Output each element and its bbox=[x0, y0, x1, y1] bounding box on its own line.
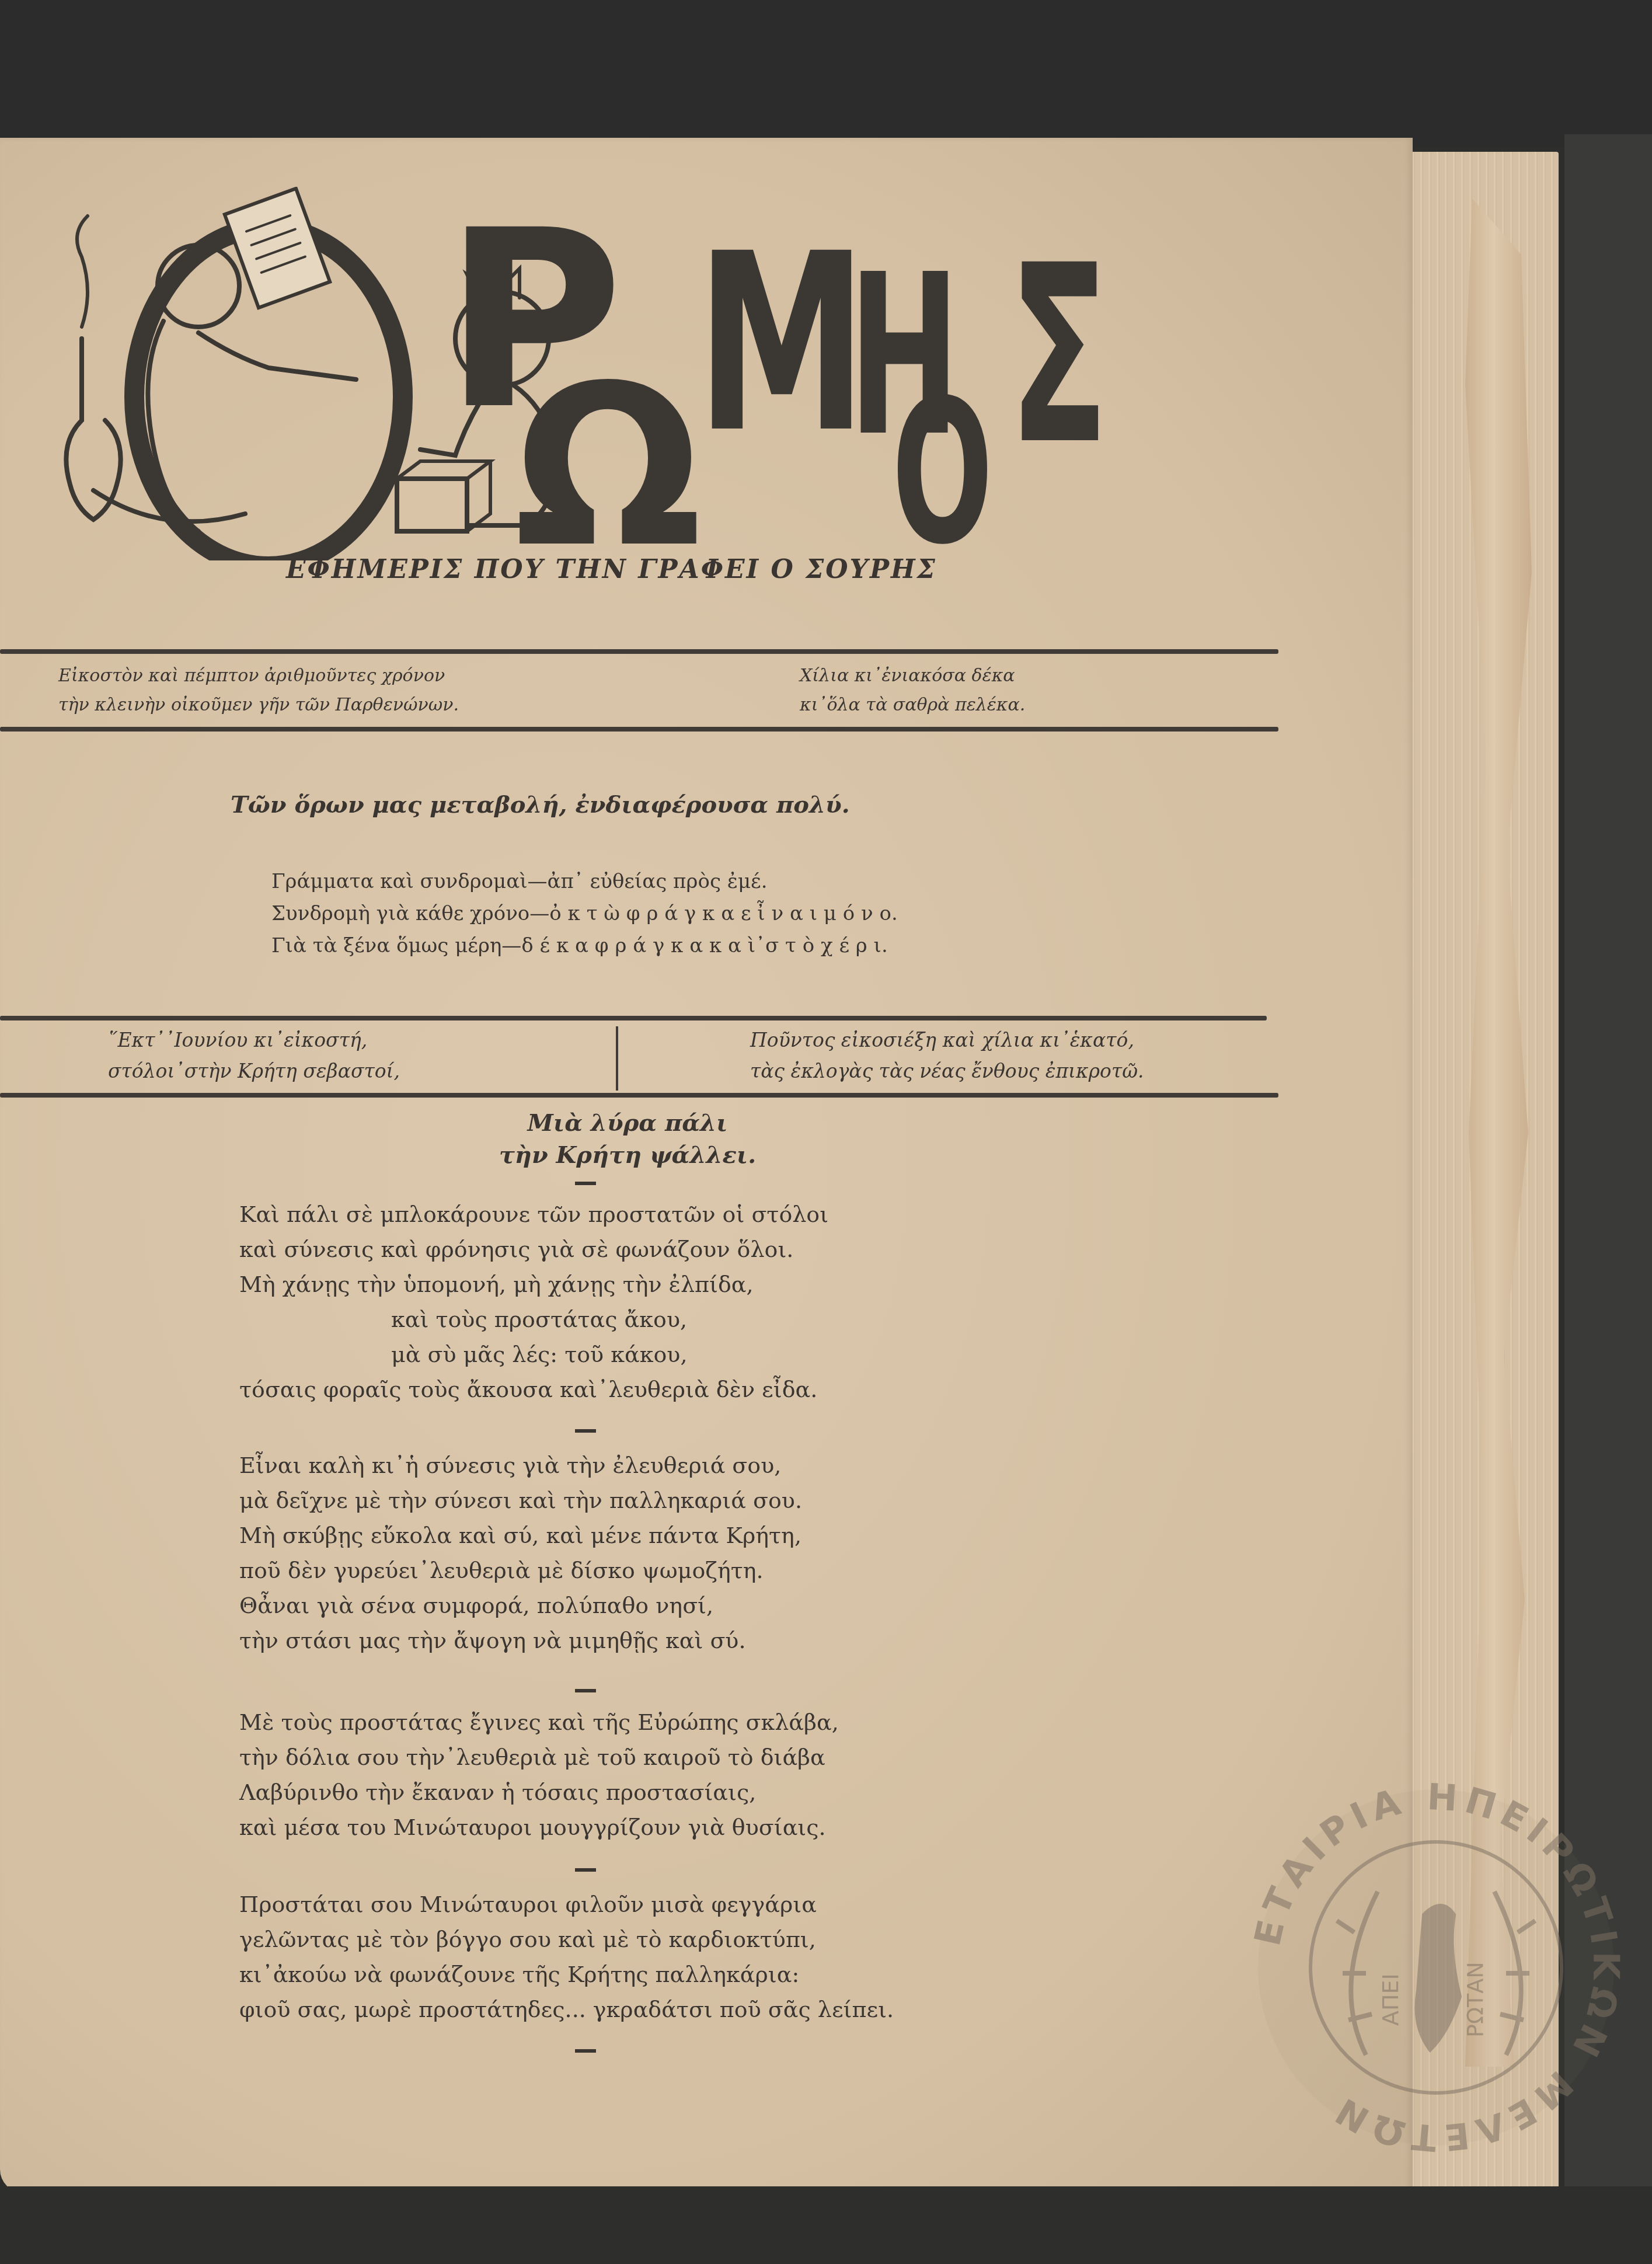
poem-line: ποῦ δὲν γυρεύει᾽λευθεριὰ μὲ δίσκο ψωμοζή… bbox=[239, 1558, 764, 1583]
poem-line: καὶ τοὺς προστάτας ἄκου, bbox=[391, 1307, 687, 1332]
poem-line: Μὲ τοὺς προστάτας ἔγινες καὶ τῆς Εὐρώπης… bbox=[239, 1709, 839, 1735]
title-letter-mu: Μ bbox=[696, 222, 867, 467]
poem-line: φιοῦ σας, μωρὲ προστάτηδες... γκραδάτσι … bbox=[239, 1997, 894, 2022]
book-cover-right bbox=[1564, 134, 1652, 2264]
section-dash bbox=[575, 1689, 596, 1692]
poem-title-line-1: Μιὰ λύρα πάλι bbox=[0, 1109, 1255, 1137]
column-divider bbox=[616, 1026, 618, 1091]
title-letter-omega: Ω bbox=[514, 356, 702, 578]
dateline-left-1: Εἰκοστὸν καὶ πέμπτον ἀριθμοῦντες χρόνον bbox=[58, 666, 445, 686]
poem-line: καὶ σύνεσις καὶ φρόνησις γιὰ σὲ φωνάζουν… bbox=[239, 1237, 793, 1262]
poem-line: Καὶ πάλι σὲ μπλοκάρουνε τῶν προστατῶν οἱ… bbox=[239, 1201, 828, 1227]
poem-title-line-2: τὴν Κρήτη ψάλλει. bbox=[0, 1141, 1255, 1169]
book-cover-bottom bbox=[0, 2186, 1652, 2264]
poem-line: τὴν δόλια σου τὴν᾽λευθεριὰ μὲ τοῦ καιροῦ… bbox=[239, 1744, 825, 1770]
terms-line-3: Γιὰ τὰ ξένα ὅμως μέρη—δ έ κ α φ ρ ά γ κ … bbox=[271, 934, 888, 957]
section-dash bbox=[575, 1182, 596, 1185]
issue-date-right-1: Ποῦντος εἰκοσιέξη καὶ χίλια κι᾽ἑκατό, bbox=[750, 1029, 1134, 1051]
rule-top bbox=[0, 649, 1278, 654]
terms-line-1: Γράμματα καὶ συνδρομαὶ—ἀπ᾽ εὐθείας πρὸς … bbox=[271, 870, 768, 893]
book-cover-top bbox=[0, 0, 1652, 146]
poem-line: καὶ μέσα του Μινώταυροι μουγγρίζουν γιὰ … bbox=[239, 1814, 826, 1840]
masthead-title: Ρ Ω Μ Η Ο Σ bbox=[438, 198, 1173, 572]
poem-line: κι᾽ἀκούω νὰ φωνάζουνε τῆς Κρήτης παλληκά… bbox=[239, 1962, 799, 1987]
rule-bottom bbox=[0, 727, 1278, 732]
poem-line: Μὴ σκύβῃς εὔκολα καὶ σύ, καὶ μένε πάντα … bbox=[239, 1523, 801, 1548]
title-letter-sigma: Σ bbox=[1008, 234, 1109, 479]
section-dash bbox=[575, 1429, 596, 1433]
terms-line-2: Συνδρομὴ γιὰ κάθε χρόνο—ὀ κ τ ὼ φ ρ ά γ … bbox=[271, 902, 898, 925]
poem-line: μὰ δεῖχνε μὲ τὴν σύνεσι καὶ τὴν παλληκαρ… bbox=[239, 1488, 802, 1513]
page-edges bbox=[1407, 152, 1559, 2201]
issue-date-left-2: στόλοι᾽στὴν Κρήτη σεβαστοί, bbox=[108, 1060, 400, 1082]
terms-heading: Τῶν ὅρων μας μεταβολή, ἐνδιαφέρουσα πολύ… bbox=[231, 791, 850, 818]
poem-line: Προστάται σου Μινώταυροι φιλοῦν μισὰ φεγ… bbox=[239, 1892, 817, 1917]
poem-line: γελῶντας μὲ τὸν βόγγο σου καὶ μὲ τὸ καρδ… bbox=[239, 1927, 816, 1952]
torn-page-edge bbox=[1465, 198, 1535, 2067]
issue-date-left-1: ῞Εκτ᾽᾽Ιουνίου κι᾽εἰκοστή, bbox=[108, 1029, 367, 1051]
poem-line: τὴν στάσι μας τὴν ἄψογη νὰ μιμηθῇς καὶ σ… bbox=[239, 1628, 746, 1653]
masthead-tagline: ΕΦΗΜΕΡΙΣ ΠΟΥ ΤΗΝ ΓΡΑΦΕΙ Ο ΣΟΥΡΗΣ bbox=[286, 555, 937, 584]
dateline-right-2: κι᾽ὅλα τὰ σαθρὰ πελέκα. bbox=[800, 695, 1025, 715]
masthead: Ρ Ω Μ Η Ο Σ ΕΦΗΜΕΡΙΣ ΠΟΥ ΤΗΝ ΓΡΑΦΕΙ Ο ΣΟ… bbox=[41, 175, 1179, 584]
section-dash bbox=[575, 2049, 596, 2053]
title-letter-omicron: Ο bbox=[892, 374, 993, 572]
poem-line: μὰ σὺ μᾶς λές: τοῦ κάκου, bbox=[391, 1342, 688, 1367]
dateline-right-1: Χίλια κι᾽ἐνιακόσα δέκα bbox=[800, 666, 1015, 686]
issue-date-right-2: τὰς ἐκλογὰς τὰς νέας ἔνθους ἐπικροτῶ. bbox=[750, 1060, 1144, 1082]
poem-line: Λαβύρινθο τὴν ἔκαναν ἡ τόσαις προστασίαι… bbox=[239, 1779, 756, 1805]
poem-line: Εἶναι καλὴ κι᾽ἡ σύνεσις γιὰ τὴν ἐλευθερι… bbox=[239, 1453, 781, 1478]
rule-issue-top bbox=[0, 1016, 1267, 1020]
poem-line: τόσαις φοραῖς τοὺς ἄκουσα καὶ᾽λευθεριὰ δ… bbox=[239, 1377, 817, 1402]
section-dash bbox=[575, 1868, 596, 1872]
poem-line: Μὴ χάνῃς τὴν ὑπομονή, μὴ χάνῃς τὴν ἐλπίδ… bbox=[239, 1272, 754, 1297]
rule-issue-bottom bbox=[0, 1093, 1278, 1098]
poem-line: Θἆναι γιὰ σένα συμφορά, πολύπαθο νησί, bbox=[239, 1593, 713, 1618]
dateline-left-2: τὴν κλεινὴν οἰκοῦμεν γῆν τῶν Παρθενώνων. bbox=[58, 695, 459, 715]
